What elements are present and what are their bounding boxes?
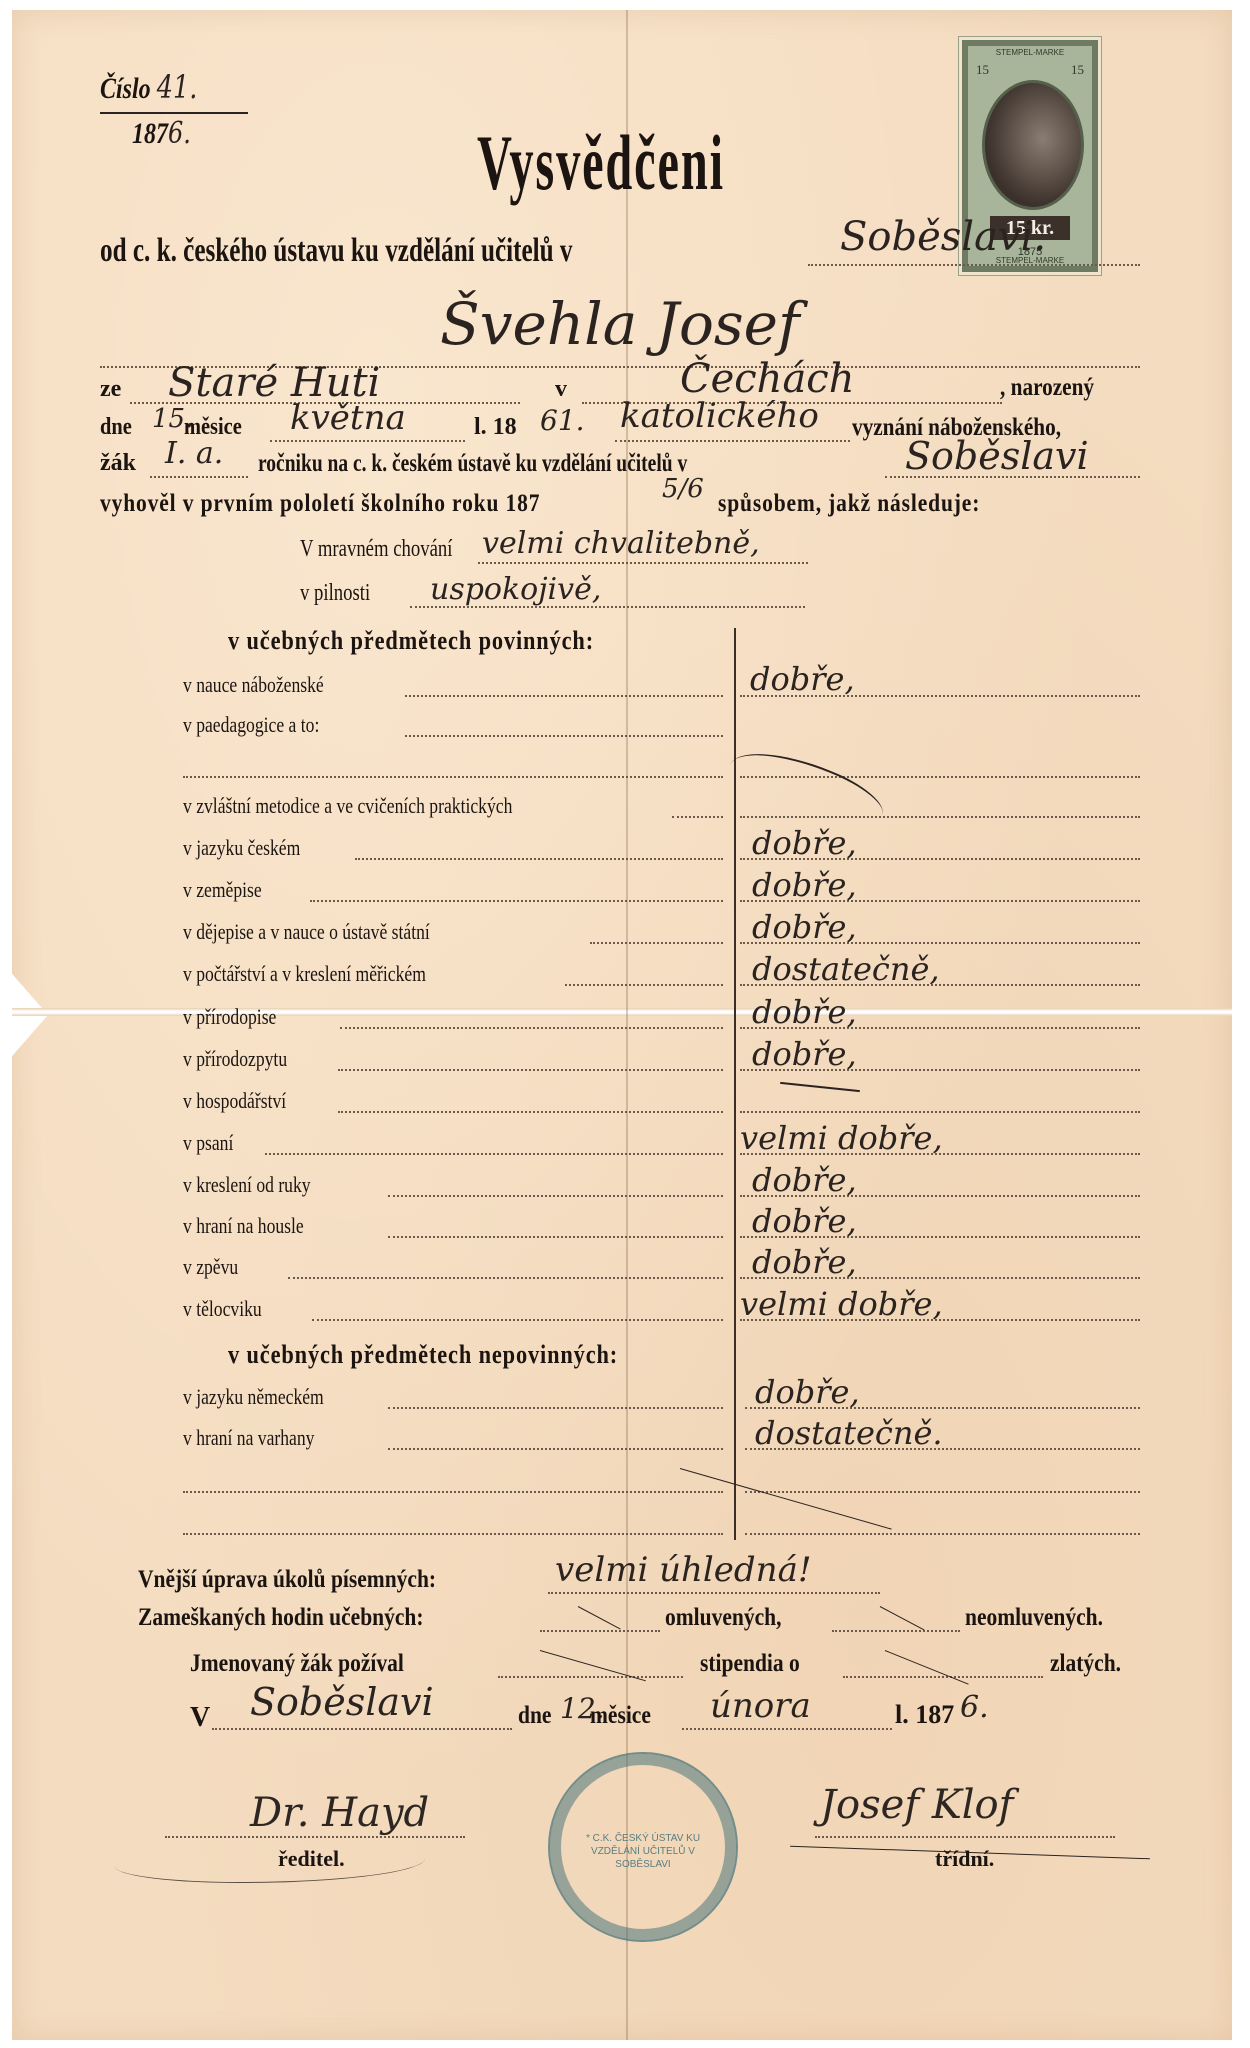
unexcused-label: neomluvených. <box>965 1604 1103 1632</box>
year-label: l. 18 <box>474 414 517 441</box>
subject-label: v zeměpise <box>183 877 262 903</box>
subject-label: v jazyku německém <box>183 1384 324 1410</box>
institution-place: Soběslavi. <box>840 214 1046 260</box>
missed-unexcused-dots <box>832 1630 960 1632</box>
year-handwritten: 6. <box>168 116 191 151</box>
stamp-corner-right: 15 <box>1071 62 1084 78</box>
year-printed: 187 <box>132 117 168 150</box>
date-year-label: l. 187 <box>895 1700 954 1730</box>
subject-grade: dobře, <box>752 866 857 904</box>
number-label: Číslo <box>100 72 151 105</box>
stamp-corner-left: 15 <box>976 62 989 78</box>
pupil-label: žák <box>100 450 136 477</box>
stipend-label: Jmenovaný žák požíval <box>190 1650 404 1678</box>
stipend-amount-dots <box>843 1676 1043 1678</box>
subject-dots <box>388 1448 723 1450</box>
subject-label: v psaní <box>183 1130 233 1156</box>
subject-dots <box>340 1027 723 1029</box>
born-label: , narozený <box>1000 374 1094 402</box>
subject-dots <box>388 1236 723 1238</box>
subject-dots <box>338 1111 723 1113</box>
number-divider <box>100 112 248 114</box>
written-work-value: velmi úhledná! <box>555 1550 812 1590</box>
subject-dots <box>183 1533 723 1535</box>
subject-dots <box>312 1319 723 1321</box>
missed-excused-dots <box>540 1630 660 1632</box>
date-day-label: dne <box>518 1702 551 1730</box>
subject-dots <box>355 858 723 860</box>
student-name: Švehla Josef <box>440 290 799 358</box>
date-month-label: měsice <box>590 1702 651 1730</box>
class-teacher-signature: Josef Klof <box>820 1782 1013 1828</box>
document-number: Číslo 41. <box>100 68 197 106</box>
subject-dots <box>388 1407 723 1409</box>
subject-label: v dějepise a v nauce o ústavě státní <box>183 919 430 945</box>
subject-label: v hraní na varhany <box>183 1425 314 1451</box>
written-work-dots <box>548 1592 880 1594</box>
excused-label: omluvených, <box>665 1604 781 1632</box>
institution-line: od c. k. českého ústavu ku vzdělání učit… <box>100 232 573 270</box>
subject-dots <box>310 900 723 902</box>
subject-grade: velmi dobře, <box>740 1285 943 1323</box>
place-label: V <box>190 1702 210 1734</box>
subject-label: v hospodářství <box>183 1088 286 1114</box>
subject-dots <box>590 942 723 944</box>
subject-dots <box>183 1491 723 1493</box>
subject-grade: dobře, <box>752 1161 857 1199</box>
stipend-mid-label: stipendia o <box>700 1650 800 1678</box>
subject-label: v nauce náboženské <box>183 672 324 698</box>
subject-grade: dobře, <box>752 993 857 1031</box>
school-place: Soběslavi <box>905 434 1089 478</box>
conduct-dots <box>478 562 808 564</box>
place-dots <box>212 1728 512 1730</box>
religion-value: katolického <box>620 396 819 436</box>
subject-grade: dobře, <box>752 908 857 946</box>
mandatory-heading: v učebných předmětech povinných: <box>228 626 594 656</box>
subject-label: v hraní na housle <box>183 1213 304 1239</box>
month-dots <box>270 440 465 442</box>
subject-dots <box>405 735 723 737</box>
subject-grade: dobře, <box>752 824 857 862</box>
subject-dots <box>565 984 723 986</box>
optional-heading: v učebných předmětech nepovinných: <box>228 1340 618 1370</box>
assessment-suffix: spůsobem, jakž následuje: <box>718 490 980 518</box>
subject-grade: dobře, <box>755 1373 860 1411</box>
conduct-label: V mravném chování <box>300 536 453 563</box>
stamp-top-label: STEMPEL-MARKE <box>968 48 1092 57</box>
school-year-fraction: 5/6 <box>662 480 704 498</box>
grade-dots <box>150 476 248 478</box>
number-value: 41. <box>157 68 198 106</box>
grade-dots <box>745 1491 1140 1493</box>
in-label: v <box>555 376 567 403</box>
subject-dots <box>405 695 723 697</box>
grade-dots <box>740 816 1140 818</box>
subject-label: v přírodozpytu <box>183 1046 287 1072</box>
stipend-dots <box>498 1676 683 1678</box>
page-title: Vysvědčeni <box>477 118 725 208</box>
school-seal: * C.K. ČESKÝ ÚSTAV KU VZDĚLÁNÍ UČITELŮ V… <box>548 1752 738 1942</box>
subject-dots <box>183 776 723 778</box>
subject-grade: dostatečně, <box>752 950 940 988</box>
place-value: Soběslavi <box>250 1680 434 1724</box>
subject-label: v jazyku českém <box>183 835 300 861</box>
document-year: 1876. <box>132 116 191 151</box>
class-teacher-signature-line <box>815 1836 1115 1838</box>
written-work-label: Vnější úprava úkolů písemných: <box>138 1566 436 1594</box>
subject-grade: dobře, <box>752 1243 857 1281</box>
subject-dots <box>388 1195 723 1197</box>
class-teacher-label: třídní. <box>935 1846 994 1872</box>
director-signature: Dr. Hayd <box>250 1790 429 1836</box>
emperor-portrait-icon <box>982 80 1084 210</box>
subject-label: v zpěvu <box>183 1254 238 1280</box>
subject-label: v kreslení od ruky <box>183 1172 311 1198</box>
date-month-value: února <box>710 1686 811 1726</box>
subject-label: v paedagogice a to: <box>183 712 319 738</box>
seal-text: * C.K. ČESKÝ ÚSTAV KU VZDĚLÁNÍ UČITELŮ V… <box>570 1832 716 1871</box>
director-signature-line <box>165 1836 465 1838</box>
diligence-value: uspokojivě, <box>430 572 601 607</box>
subject-label: v zvláštní metodice a ve cvičeních prakt… <box>183 793 512 819</box>
grade-value: I. a. <box>165 436 223 471</box>
subject-dots <box>288 1277 723 1279</box>
grade-dots <box>740 1111 1140 1113</box>
subject-label: v přírodopise <box>183 1004 276 1030</box>
subject-grade: dobře, <box>752 1202 857 1240</box>
director-label: ředitel. <box>278 1846 345 1872</box>
subject-grade: velmi dobře, <box>740 1119 943 1157</box>
subject-grade: dobře, <box>752 1035 857 1073</box>
institution-dots <box>808 264 1140 266</box>
subject-label: v tělocviku <box>183 1296 262 1322</box>
date-year-value: 6. <box>960 1690 989 1725</box>
subject-label: v počtářství a v kreslení měřickém <box>183 961 426 987</box>
day-label: dne <box>100 414 132 441</box>
from-label: ze <box>100 376 121 403</box>
birth-month: května <box>290 398 406 438</box>
birth-year: 61. <box>540 404 585 437</box>
subject-grade: dobře, <box>750 660 855 698</box>
grade-dots <box>745 1533 1140 1535</box>
subject-dots <box>265 1153 723 1155</box>
diligence-label: v pilnosti <box>300 580 370 607</box>
grade-label: ročniku na c. k. českém ústavě ku vzdělá… <box>258 450 687 478</box>
conduct-value: velmi chvalitebně, <box>482 526 760 561</box>
date-month-dots <box>682 1728 892 1730</box>
subject-dots <box>672 816 723 818</box>
missed-hours-label: Zameškaných hodin učebných: <box>138 1604 424 1632</box>
assessment-intro: vyhověl v prvním pololetí školního roku … <box>100 490 540 518</box>
subject-grade: dostatečně. <box>755 1414 943 1452</box>
religion-dots <box>615 440 850 442</box>
stipend-unit: zlatých. <box>1050 1650 1121 1678</box>
subject-dots <box>338 1069 723 1071</box>
